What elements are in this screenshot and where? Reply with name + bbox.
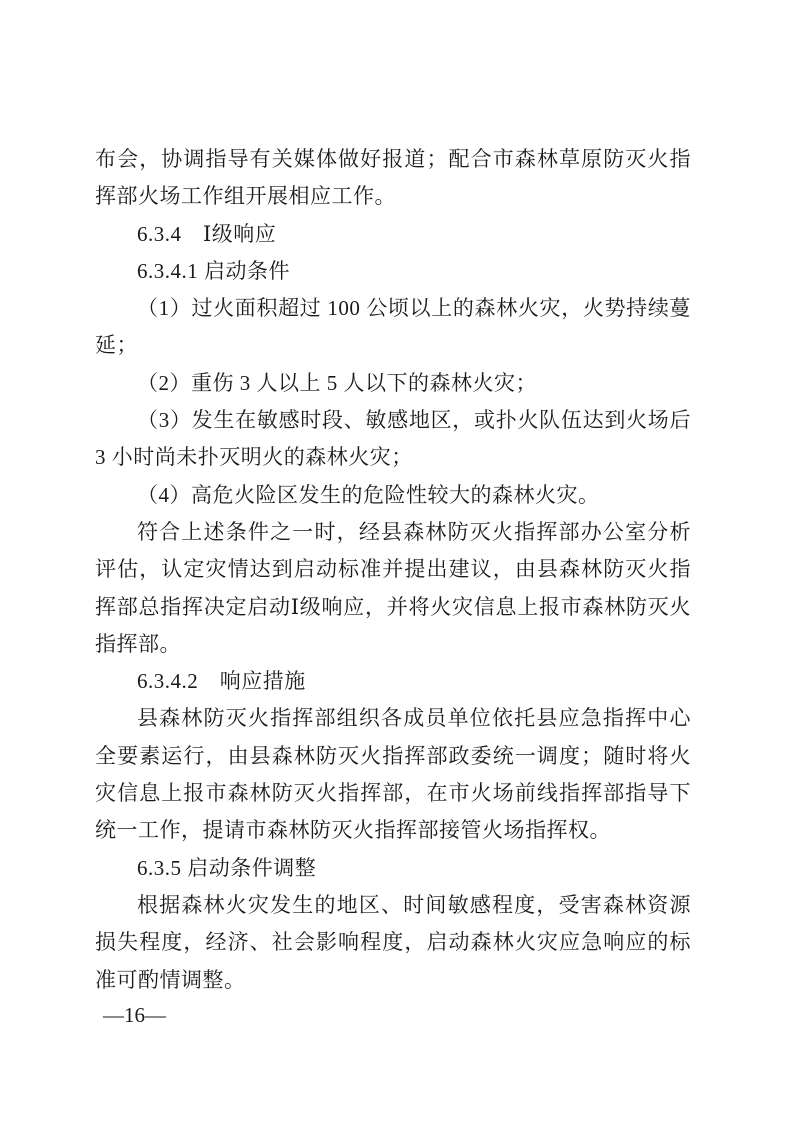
paragraph: （4）高危火险区发生的危险性较大的森林火灾。 (95, 477, 691, 514)
paragraph: （3）发生在敏感时段、敏感地区，或扑火队伍达到火场后 3 小时尚未扑灭明火的森林… (95, 402, 691, 477)
paragraph: 布会，协调指导有关媒体做好报道；配合市森林草原防灭火指挥部火场工作组开展相应工作… (95, 141, 691, 216)
paragraph: 根据森林火灾发生的地区、时间敏感程度，受害森林资源损失程度，经济、社会影响程度，… (95, 887, 691, 999)
document-page: 布会，协调指导有关媒体做好报道；配合市森林草原防灭火指挥部火场工作组开展相应工作… (0, 0, 793, 1122)
paragraph: （1）过火面积超过 100 公顷以上的森林火灾，火势持续蔓延； (95, 290, 691, 365)
section-heading: 6.3.4.2 响应措施 (95, 663, 691, 700)
page-number: —16— (103, 1000, 166, 1030)
paragraph: （2）重伤 3 人以上 5 人以下的森林火灾； (95, 365, 691, 402)
section-heading: 6.3.4 Ⅰ级响应 (95, 216, 691, 253)
section-heading: 6.3.4.1 启动条件 (95, 253, 691, 290)
section-heading: 6.3.5 启动条件调整 (95, 850, 691, 887)
paragraph: 符合上述条件之一时，经县森林防灭火指挥部办公室分析评估，认定灾情达到启动标准并提… (95, 514, 691, 663)
document-body: 布会，协调指导有关媒体做好报道；配合市森林草原防灭火指挥部火场工作组开展相应工作… (95, 141, 691, 999)
paragraph: 县森林防灭火指挥部组织各成员单位依托县应急指挥中心全要素运行，由县森林防灭火指挥… (95, 700, 691, 849)
